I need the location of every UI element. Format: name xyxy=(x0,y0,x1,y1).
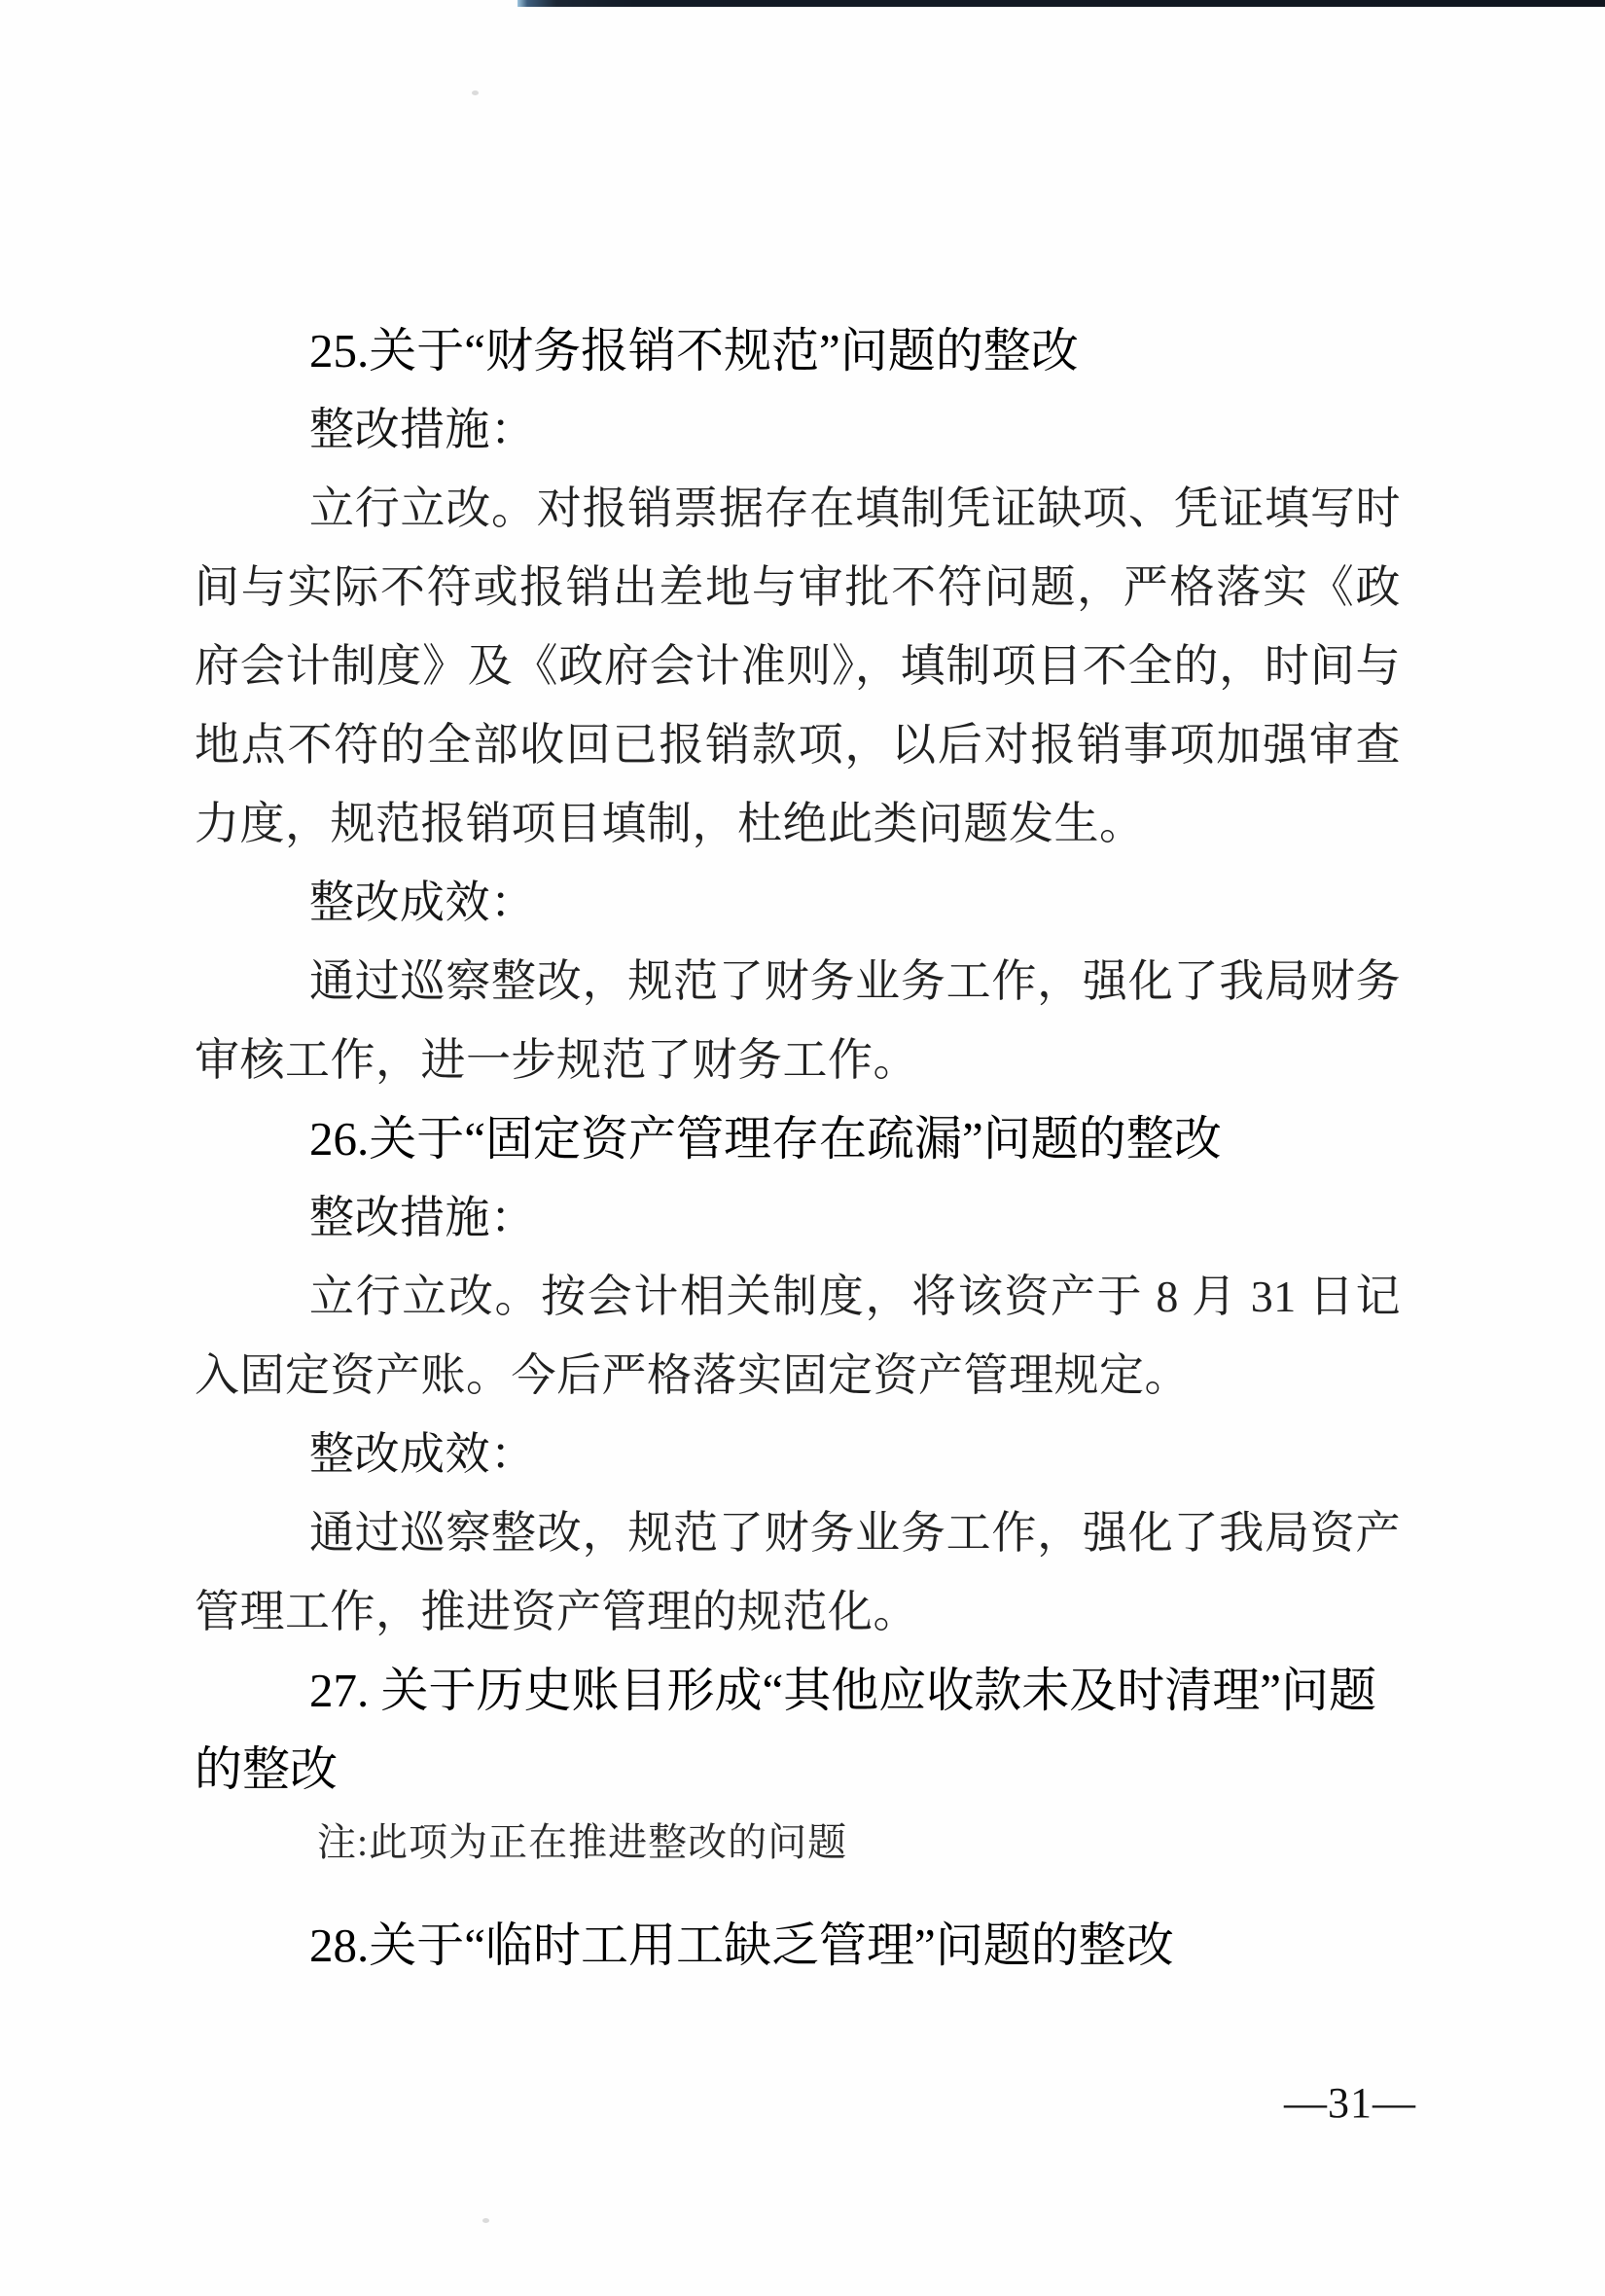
section-27-heading: 27. 关于历史账目形成“其他应收款未及时清理”问题 的整改 xyxy=(195,1651,1401,1809)
scan-edge-artifact xyxy=(517,0,1605,7)
section-25-effect-text: 通过巡察整改，规范了财务业务工作，强化了我局财务审核工作，进一步规范了财务工作。 xyxy=(195,942,1401,1099)
section-25-effect-label: 整改成效： xyxy=(195,863,1401,942)
scan-speck-top xyxy=(472,90,479,95)
section-26-measures-label: 整改措施： xyxy=(195,1178,1401,1257)
section-25-heading: 25.关于“财务报销不规范”问题的整改 xyxy=(195,311,1401,390)
scan-speck-bottom xyxy=(482,2218,489,2223)
document-page: 25.关于“财务报销不规范”问题的整改 整改措施： 立行立改。对报销票据存在填制… xyxy=(0,0,1605,2296)
section-26-effect-label: 整改成效： xyxy=(195,1415,1401,1493)
section-26-heading: 26.关于“固定资产管理存在疏漏”问题的整改 xyxy=(195,1099,1401,1178)
section-25-measures-text: 立行立改。对报销票据存在填制凭证缺项、凭证填写时间与实际不符或报销出差地与审批不… xyxy=(195,469,1401,863)
section-26-measures-text: 立行立改。按会计相关制度，将该资产于 8 月 31 日记入固定资产账。今后严格落… xyxy=(195,1257,1401,1415)
section-28-heading: 28.关于“临时工用工缺乏管理”问题的整改 xyxy=(195,1906,1401,1985)
page-number: —31— xyxy=(1284,2078,1416,2128)
section-25-measures-label: 整改措施： xyxy=(195,390,1401,469)
section-27-note: 注:此项为正在推进整改的问题 xyxy=(195,1812,1401,1873)
document-body: 25.关于“财务报销不规范”问题的整改 整改措施： 立行立改。对报销票据存在填制… xyxy=(195,311,1401,1985)
section-26-effect-text: 通过巡察整改，规范了财务业务工作，强化了我局资产管理工作，推进资产管理的规范化。 xyxy=(195,1493,1401,1651)
